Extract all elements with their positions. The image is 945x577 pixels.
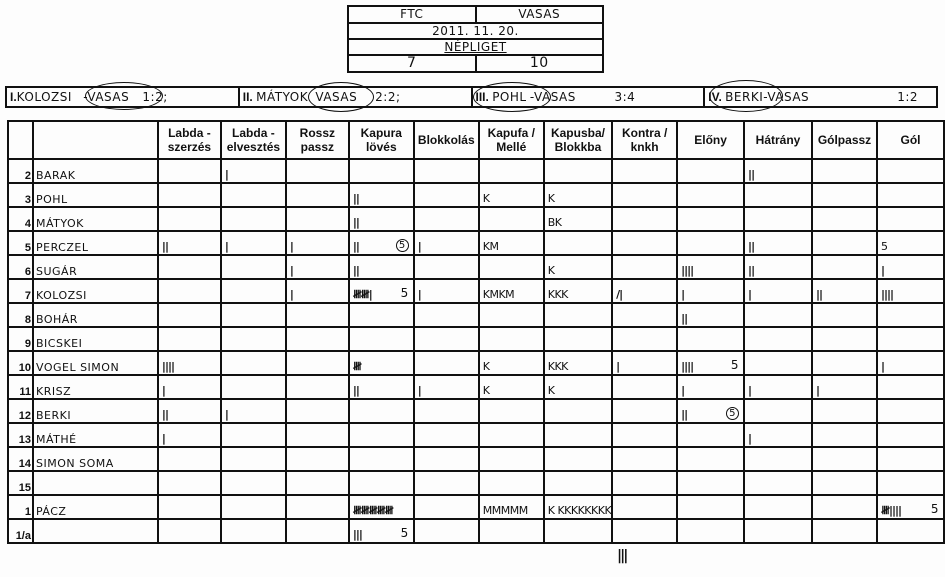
stat-cell [744,471,812,495]
stat-mark [813,360,816,373]
stat-cell: | [812,375,877,399]
stat-cell [221,207,286,231]
stat-cell [877,423,944,447]
stat-cell [812,399,877,423]
stat-cell [877,207,944,231]
stat-mark [813,312,816,325]
stat-mark [878,384,881,397]
stat-mark: |||| [678,264,693,277]
stat-cell [479,303,544,327]
stat-mark [613,336,616,349]
col-header-elony: Előny [677,121,744,159]
quarter-number: I. [10,90,17,104]
stat-mark [350,168,353,181]
stat-cell: | [286,231,349,255]
table-row: 9BICSKEI [8,327,944,351]
stat-cell [158,519,221,543]
stat-mark: K [545,264,555,277]
annotation-note: 5 [726,407,739,420]
stat-cell [414,495,479,519]
col-header-kapufa-melle: Kapufa / Mellé [479,121,544,159]
circle-mark [473,82,551,112]
player-number: 5 [8,231,33,255]
stat-cell [414,519,479,543]
stat-mark [222,192,225,205]
stat-cell: | [677,375,744,399]
stat-cell [812,159,877,183]
table-row: 3POHL||KK [8,183,944,207]
stat-cell: KKK [544,279,612,303]
quarter-score: 3:4 [614,88,635,106]
annotation-note: 5 [401,526,409,540]
stat-cell: MMMMM [479,495,544,519]
stat-mark [480,264,483,277]
stat-mark [613,240,616,253]
quarter-scorer: KOLOZSI [17,90,72,104]
stat-mark [287,384,290,397]
player-number: 8 [8,303,33,327]
stat-cell [221,279,286,303]
stat-mark [480,528,483,541]
stat-mark: K [545,192,555,205]
table-row: 14SIMON SOMA [8,447,944,471]
stat-mark [159,288,162,301]
stat-mark [613,168,616,181]
stat-cell [286,327,349,351]
stat-mark [159,336,162,349]
table-row: 1/a|||5 [8,519,944,543]
col-header-labdaelvesztes: Labda - elvesztés [221,121,286,159]
stat-cell: K [544,255,612,279]
stat-cell [877,327,944,351]
player-name: KRISZ [33,375,158,399]
stat-mark [678,504,681,517]
stat-mark: || [159,240,168,253]
stat-mark: K KKKKKKKK [545,504,611,517]
stat-cell: K [479,375,544,399]
stat-cell [414,207,479,231]
stat-cell [158,255,221,279]
stat-cell [677,183,744,207]
col-header-kapusba-blokkba: Kapusba/ Blokkba [544,121,612,159]
stat-mark [480,216,483,229]
stat-mark [745,360,748,373]
home-score: 7 [349,56,477,72]
stat-mark [745,192,748,205]
stat-mark [878,408,881,421]
stat-cell [612,183,677,207]
stat-cell [612,159,677,183]
stat-mark [159,528,162,541]
stat-cell [479,423,544,447]
stat-cell [744,303,812,327]
stat-mark [745,216,748,229]
stat-mark: K [545,384,555,397]
stat-mark [415,360,418,373]
stat-mark [415,192,418,205]
stat-cell: | [414,231,479,255]
stat-cell [544,471,612,495]
stat-cell [414,183,479,207]
stat-cell [414,303,479,327]
stat-mark [350,480,353,493]
annotation-note: 5 [931,502,939,516]
circle-mark [709,80,783,112]
stat-cell [812,303,877,327]
match-date: 2011. 11. 20. [349,24,602,38]
stat-cell [812,423,877,447]
stat-cell [349,447,414,471]
stat-mark [222,264,225,277]
stat-cell [612,375,677,399]
player-name: SUGÁR [33,255,158,279]
stat-cell [877,159,944,183]
stat-cell [414,351,479,375]
stat-cell: | [744,279,812,303]
stat-cell [812,471,877,495]
stat-mark [545,432,548,445]
player-name: SIMON SOMA [33,447,158,471]
stat-mark: || [678,408,687,421]
table-row: 7KOLOZSI|𝍸𝍸|5|KMKMKKK/||||||||| [8,279,944,303]
stat-cell [221,495,286,519]
stat-mark [415,456,418,469]
home-team: FTC [349,7,477,22]
score-row: 7 10 [349,56,602,72]
quarter-1: I.KOLOZSI -VASAS 1:2; [7,88,240,106]
stat-mark [878,480,881,493]
table-row: 5PERCZEL||||||5|KM||5 [8,231,944,255]
stat-mark [415,480,418,493]
stat-mark: | [159,384,165,397]
stat-mark: | [415,288,421,301]
stat-cell: || [158,399,221,423]
stat-mark: | [415,240,421,253]
stat-mark [480,168,483,181]
stat-cell: | [286,279,349,303]
stat-cell [221,303,286,327]
stat-cell: K [479,183,544,207]
stat-mark [222,336,225,349]
stat-mark [613,192,616,205]
stat-mark [480,408,483,421]
stat-cell [414,399,479,423]
stat-cell: K [544,183,612,207]
stat-mark [159,216,162,229]
stat-cell: |||5 [349,519,414,543]
stat-cell [479,447,544,471]
stat-mark: K [480,384,490,397]
stat-mark [545,480,548,493]
stat-cell [479,399,544,423]
stat-cell [414,327,479,351]
stat-cell [744,495,812,519]
stat-mark [415,336,418,349]
stat-cell: /| [612,279,677,303]
header-row: Labda - szerzés Labda - elvesztés Rossz … [8,121,944,159]
stat-cell [286,375,349,399]
stat-cell [221,255,286,279]
stat-mark: | [222,240,228,253]
stat-mark: || [813,288,822,301]
stat-cell [286,207,349,231]
stat-cell: || [349,207,414,231]
stat-cell [544,303,612,327]
stat-mark [287,408,290,421]
stat-mark: | [745,384,751,397]
stat-mark [678,336,681,349]
stat-cell [349,423,414,447]
stat-mark [545,456,548,469]
table-row: 15 [8,471,944,495]
stat-cell [612,255,677,279]
table-row: 12BERKI|||||5 [8,399,944,423]
stat-mark [545,312,548,325]
table-row: 4MÁTYOK||BK [8,207,944,231]
stat-mark [878,456,881,469]
stat-mark [222,216,225,229]
stat-cell: | [158,375,221,399]
stat-mark [545,336,548,349]
stat-cell [744,399,812,423]
stat-mark [287,192,290,205]
stat-cell [286,495,349,519]
stat-mark: || [745,168,754,181]
stat-cell [158,447,221,471]
stat-mark: 𝍸𝍸𝍸𝍸𝍸 [350,504,393,517]
player-number: 2 [8,159,33,183]
stat-mark [159,168,162,181]
stat-cell: 5 [877,231,944,255]
stat-mark [159,504,162,517]
stat-cell [677,447,744,471]
player-name: BOHÁR [33,303,158,327]
stat-mark [878,432,881,445]
stat-cell [544,327,612,351]
stat-cell: | [877,351,944,375]
stat-cell [677,231,744,255]
stat-cell: | [158,423,221,447]
stat-cell [544,231,612,255]
stat-mark [415,528,418,541]
player-name: POHL [33,183,158,207]
stat-cell [221,423,286,447]
stat-cell: K [544,375,612,399]
annotation-note: 5 [396,239,409,252]
stat-mark: | [159,432,165,445]
stat-cell [221,447,286,471]
stat-cell [744,327,812,351]
stat-mark: KKK [545,360,568,373]
col-header-blokkolas: Blokkolás [414,121,479,159]
stat-mark [878,312,881,325]
player-number: 14 [8,447,33,471]
quarter-2: II. MÁTYOK VASAS 2:2; [240,88,473,106]
circle-mark [308,82,374,112]
stat-cell: | [221,159,286,183]
stat-cell: ||5 [349,231,414,255]
stat-mark [613,216,616,229]
stat-cell [877,303,944,327]
stat-cell [158,159,221,183]
stat-mark [350,336,353,349]
stat-mark: |||| [678,360,693,373]
stat-cell: || [349,183,414,207]
table-row: 11KRISZ||||KK||| [8,375,944,399]
stat-cell [349,471,414,495]
stat-mark: | [287,240,293,253]
stat-mark: || [350,192,359,205]
stat-mark [878,192,881,205]
stat-cell [677,423,744,447]
quarter-3: III. POHL -VASAS 3:4 [473,88,706,106]
stat-cell [479,471,544,495]
stat-cell [349,303,414,327]
stat-cell [877,375,944,399]
quarter-4: IV. BERKI-VASAS 1:2 [705,88,936,106]
stat-cell [877,519,944,543]
stat-cell [221,519,286,543]
circle-mark [85,82,163,110]
stat-cell [677,159,744,183]
stat-cell [812,207,877,231]
stat-cell: || [158,231,221,255]
player-name: BICSKEI [33,327,158,351]
stat-mark [813,528,816,541]
stat-mark [878,216,881,229]
stat-mark: | [678,288,684,301]
stat-mark: MMMMM [480,504,528,517]
stat-mark [222,432,225,445]
table-row: 1PÁCZ𝍸𝍸𝍸𝍸𝍸MMMMMK KKKKKKKK𝍸||||5 [8,495,944,519]
annotation-note: 5 [401,286,409,300]
stat-cell [286,183,349,207]
stat-cell [221,183,286,207]
player-name: MÁTYOK [33,207,158,231]
stat-cell [414,159,479,183]
table-row: 13MÁTHÉ|| [8,423,944,447]
stat-mark [613,528,616,541]
match-info-box: FTC VASAS 2011. 11. 20. NÉPLIGET 7 10 [347,5,604,73]
quarter-score: 2:2; [375,88,400,106]
date-row: 2011. 11. 20. [349,24,602,40]
player-name: VOGEL SIMON [33,351,158,375]
stat-cell [744,519,812,543]
stat-mark: | [222,168,228,181]
stat-cell [158,471,221,495]
stat-mark: || [350,216,359,229]
stat-mark [813,336,816,349]
stat-cell [221,327,286,351]
stat-mark [813,216,816,229]
stat-mark: || [745,264,754,277]
stat-mark [613,264,616,277]
stat-cell: || [744,255,812,279]
stat-cell [286,351,349,375]
stat-mark: |||| [159,360,174,373]
stat-mark [480,480,483,493]
stat-mark: || [350,384,359,397]
stat-cell [158,279,221,303]
stat-cell [158,183,221,207]
stat-cell [812,351,877,375]
stat-mark [745,504,748,517]
stat-mark [287,432,290,445]
stat-mark: || [350,264,359,277]
stat-cell [812,255,877,279]
stat-mark [415,168,418,181]
stat-mark: K [480,192,490,205]
col-header-kontra: Kontra / knkh [612,121,677,159]
stat-cell: || [744,231,812,255]
stat-cell [877,183,944,207]
stat-mark [350,432,353,445]
stat-mark [287,360,290,373]
stat-mark [613,312,616,325]
stat-cell [286,399,349,423]
stat-mark: ||| [350,528,362,541]
teams-row: FTC VASAS [349,7,602,24]
stat-mark: | [287,264,293,277]
player-name [33,471,158,495]
stat-cell: | [221,231,286,255]
stat-mark [745,336,748,349]
stat-cell [812,327,877,351]
away-score: 10 [477,56,603,72]
stat-mark [287,528,290,541]
stat-mark [745,480,748,493]
stat-mark [159,480,162,493]
stat-mark [545,168,548,181]
stat-cell: 𝍸 [349,351,414,375]
stat-cell: |||| [158,351,221,375]
stat-mark [613,384,616,397]
stat-cell: | [221,399,286,423]
player-number: 12 [8,399,33,423]
stat-mark [813,192,816,205]
stat-mark [287,168,290,181]
stat-cell: | [677,279,744,303]
stat-cell [544,399,612,423]
stat-cell [677,495,744,519]
stat-mark [415,216,418,229]
col-header-gol: Gól [877,121,944,159]
number-header [8,121,33,159]
player-number: 10 [8,351,33,375]
stat-mark: | [878,360,884,373]
stat-cell: |||| [677,255,744,279]
stat-cell: || [349,375,414,399]
stat-cell [414,471,479,495]
stat-mark [678,480,681,493]
table-row: 8BOHÁR|| [8,303,944,327]
stat-mark: /| [613,288,622,301]
stat-cell [612,447,677,471]
stat-cell [479,327,544,351]
stat-mark [813,432,816,445]
stat-cell: KMKM [479,279,544,303]
stat-mark [678,216,681,229]
stat-mark [159,192,162,205]
col-header-golpassz: Gólpassz [812,121,877,159]
stat-mark: | [878,264,884,277]
stat-cell [349,327,414,351]
stat-cell [612,519,677,543]
stat-cell [612,471,677,495]
stat-cell [158,327,221,351]
stat-cell [544,423,612,447]
stat-cell: | [612,351,677,375]
